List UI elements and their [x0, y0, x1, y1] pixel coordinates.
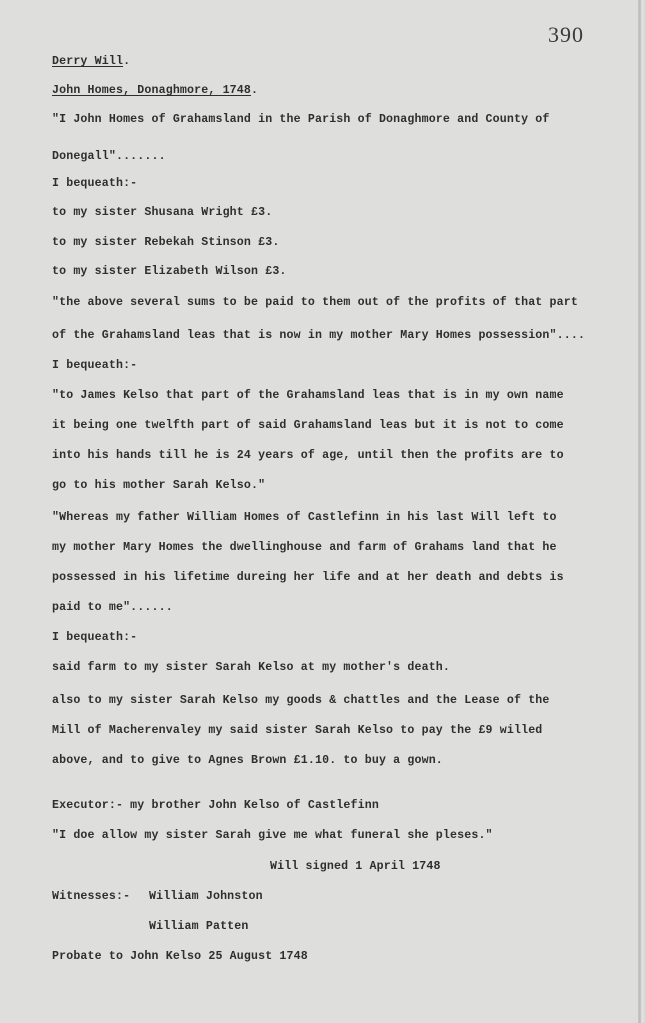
will-line: "to James Kelso that part of the Grahams…	[52, 389, 564, 403]
will-line: "Whereas my father William Homes of Cast…	[52, 511, 557, 525]
executor-line: Executor:- my brother John Kelso of Cast…	[52, 799, 379, 813]
will-line: possessed in his lifetime dureing her li…	[52, 571, 564, 585]
will-line: to my sister Shusana Wright £3.	[52, 206, 272, 220]
document-page: 390 Derry Will. John Homes, Donaghmore, …	[0, 0, 638, 1023]
will-line: go to his mother Sarah Kelso."	[52, 479, 265, 493]
will-line: to my sister Elizabeth Wilson £3.	[52, 265, 287, 279]
will-line: "I John Homes of Grahamsland in the Pari…	[52, 113, 550, 127]
will-line: "the above several sums to be paid to th…	[52, 296, 578, 310]
subheading-suffix: .	[251, 84, 258, 97]
will-line: I bequeath:-	[52, 631, 137, 645]
page-number: 390	[548, 22, 584, 48]
will-line: I bequeath:-	[52, 177, 137, 191]
funeral-line: "I doe allow my sister Sarah give me wha…	[52, 829, 493, 843]
will-line: above, and to give to Agnes Brown £1.10.…	[52, 754, 443, 768]
document-subheading: John Homes, Donaghmore, 1748.	[52, 84, 258, 98]
probate-line: Probate to John Kelso 25 August 1748	[52, 950, 308, 964]
witness-2: William Patten	[149, 920, 249, 934]
will-line: said farm to my sister Sarah Kelso at my…	[52, 661, 450, 675]
witness-1: William Johnston	[149, 890, 263, 904]
will-line: to my sister Rebekah Stinson £3.	[52, 236, 279, 250]
will-line: into his hands till he is 24 years of ag…	[52, 449, 564, 463]
will-line: of the Grahamsland leas that is now in m…	[52, 329, 585, 343]
subheading-text: John Homes, Donaghmore, 1748	[52, 84, 251, 97]
heading-text: Derry Will	[52, 55, 123, 68]
will-line: I bequeath:-	[52, 359, 137, 373]
document-heading: Derry Will.	[52, 55, 130, 69]
will-line: paid to me"......	[52, 601, 173, 615]
will-line: it being one twelfth part of said Graham…	[52, 419, 564, 433]
signed-line: Will signed 1 April 1748	[270, 860, 441, 874]
heading-suffix: .	[123, 55, 130, 68]
will-line: also to my sister Sarah Kelso my goods &…	[52, 694, 550, 708]
page-edge	[638, 0, 646, 1023]
witnesses-label: Witnesses:-	[52, 890, 130, 904]
will-line: Mill of Macherenvaley my said sister Sar…	[52, 724, 542, 738]
will-line: my mother Mary Homes the dwellinghouse a…	[52, 541, 557, 555]
will-line: Donegall".......	[52, 150, 166, 164]
